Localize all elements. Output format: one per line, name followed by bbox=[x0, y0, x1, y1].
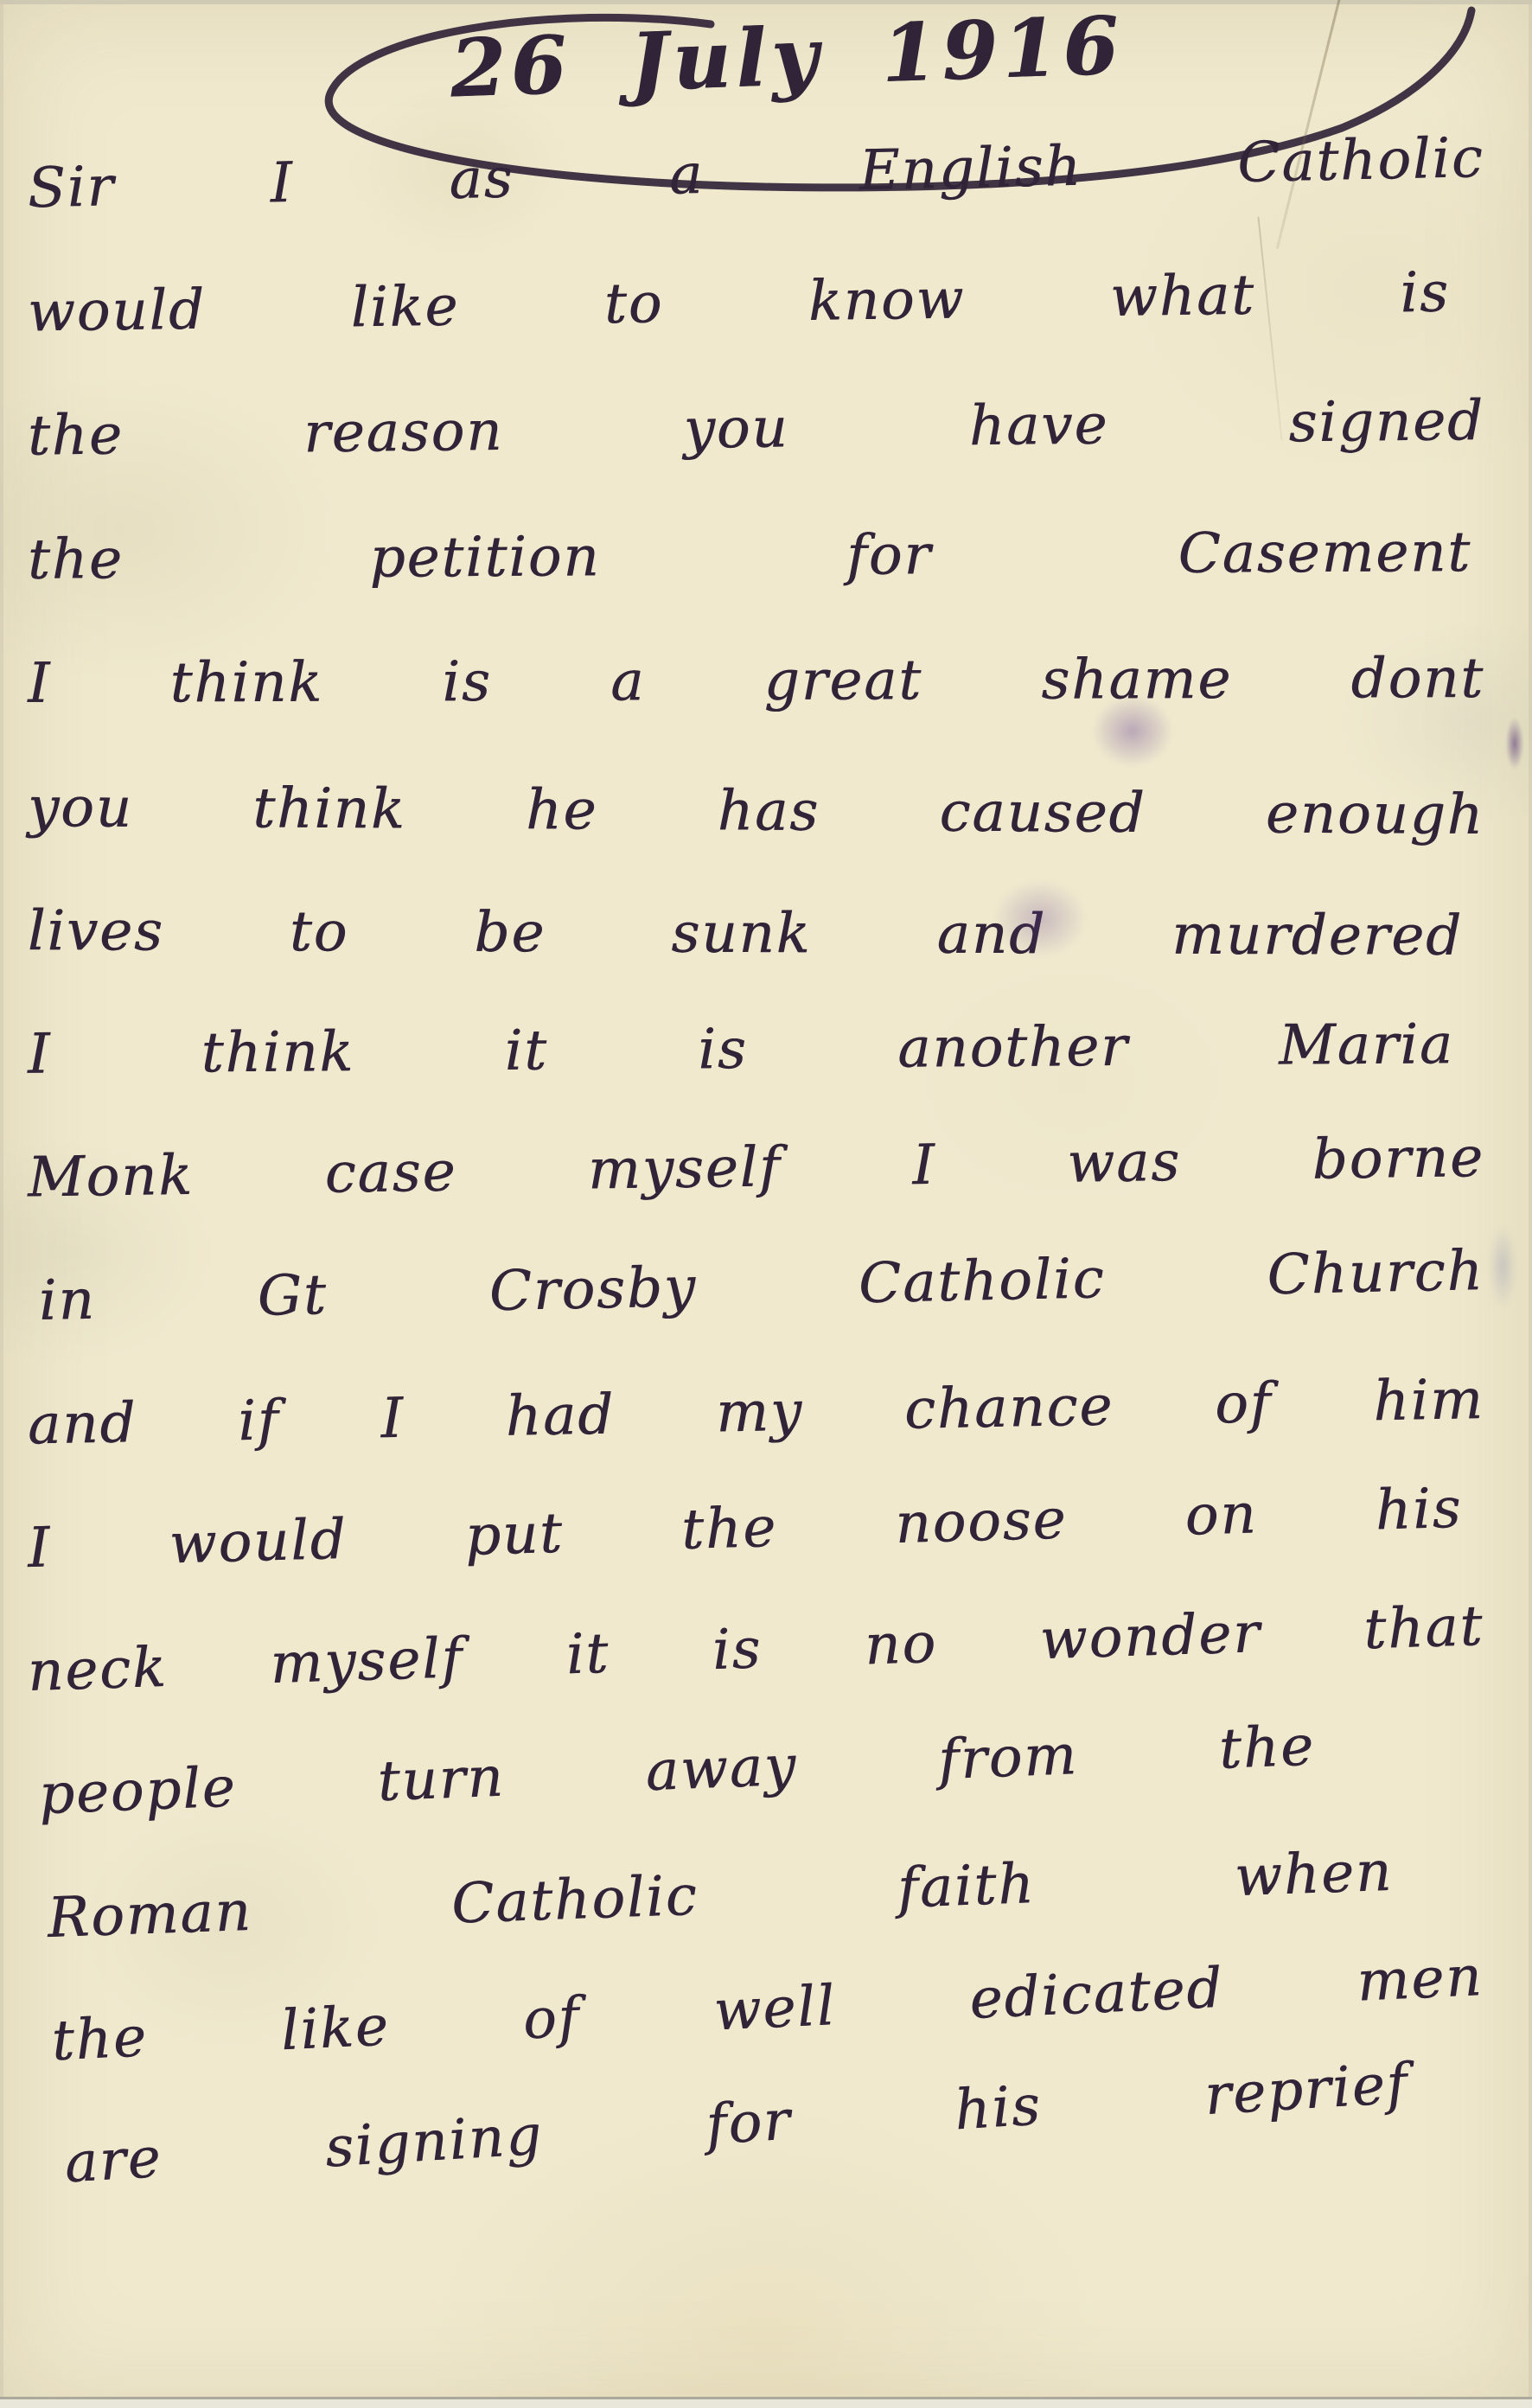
letter-line: the reason you have signed bbox=[0, 359, 1532, 499]
letter-line: I think it is another Maria bbox=[0, 983, 1532, 1117]
letter-body: Sir I as a English Catholicwould like to… bbox=[0, 128, 1532, 2230]
scan-edge-bottom bbox=[0, 2397, 1532, 2408]
letter-line: would like to know what is bbox=[0, 230, 1532, 375]
letter-line: lives to be sunk and murdered bbox=[0, 870, 1532, 999]
letter-line: I think is a great shame dont bbox=[0, 617, 1532, 746]
letter-line: the petition for Casement bbox=[0, 491, 1532, 623]
letter-page: 26 July 1916 Sir I as a English Catholic… bbox=[0, 0, 1532, 2408]
letter-line: you think he has caused enough bbox=[0, 746, 1532, 878]
